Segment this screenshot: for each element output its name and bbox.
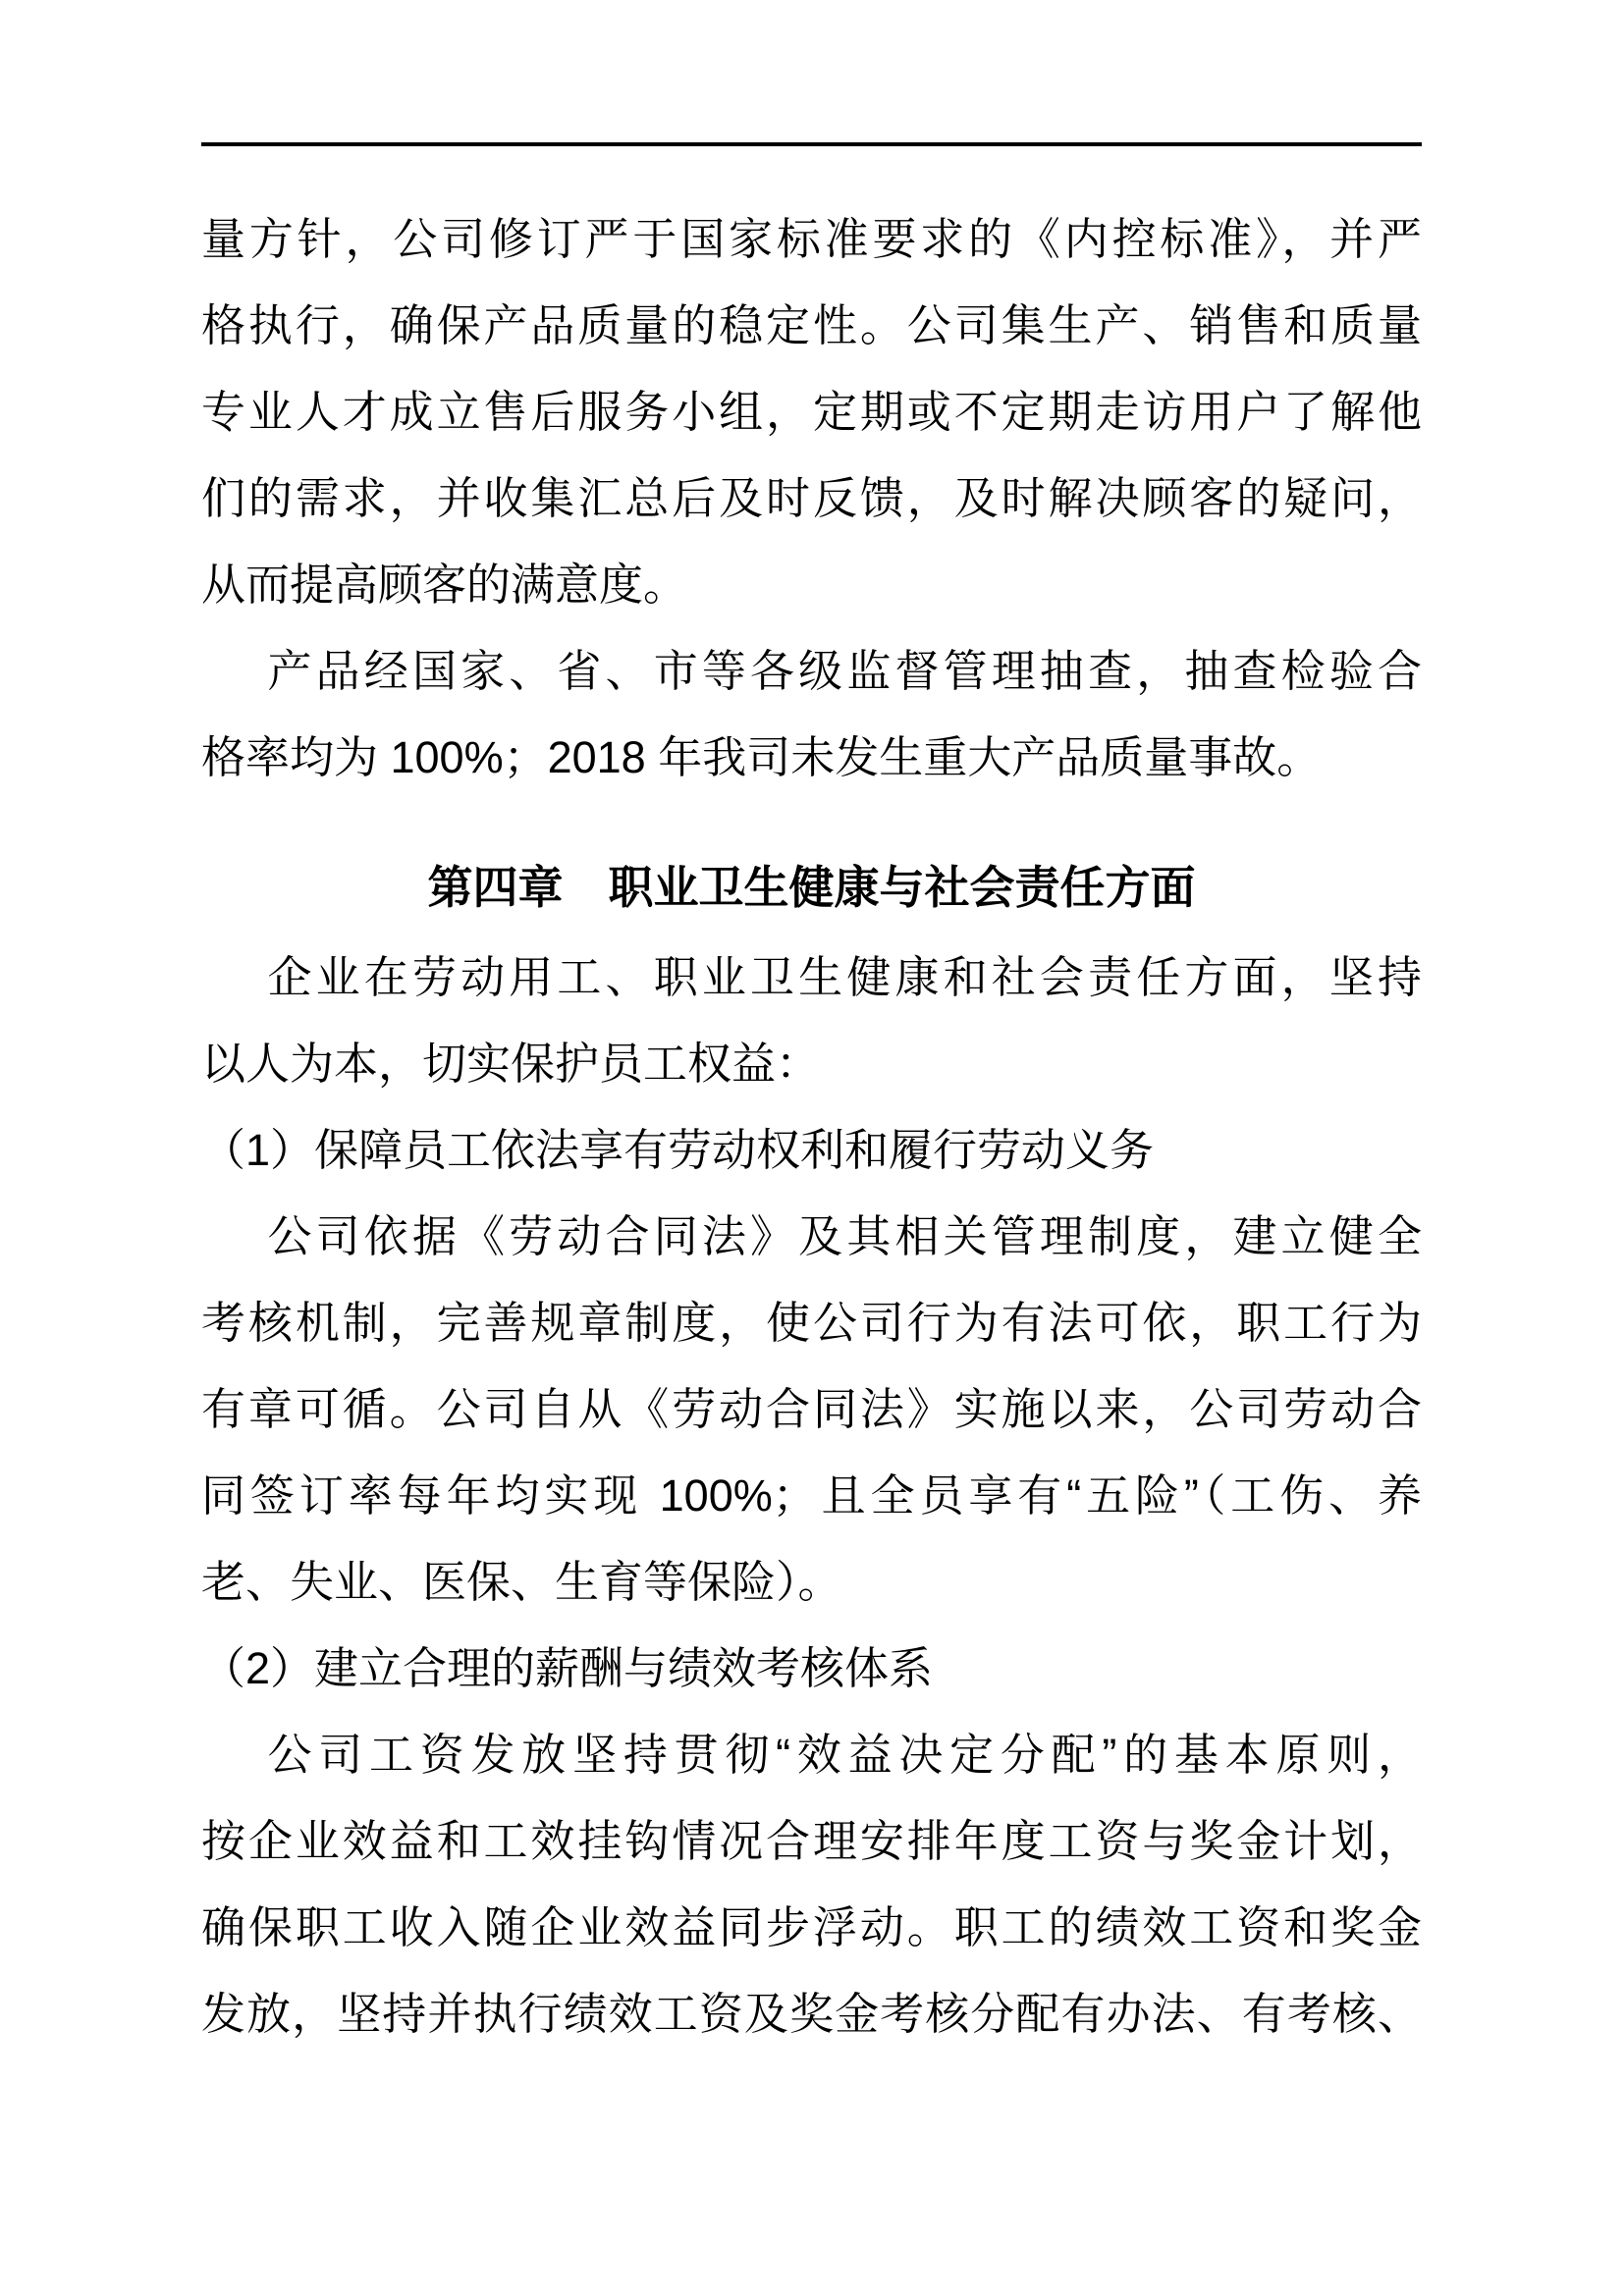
text-line: 按企业效益和工效挂钩情况合理安排年度工资与奖金计划， — [201, 1798, 1422, 1885]
text-line: 公司工资发放坚持贯彻“效益决定分配”的基本原则， — [201, 1712, 1422, 1798]
text-line: 企业在劳动用工、职业卫生健康和社会责任方面，坚持 — [201, 934, 1422, 1021]
text-line: 格执行，确保产品质量的稳定性。公司集生产、销售和质量 — [201, 283, 1422, 369]
paragraph: （1）保障员工依法享有劳动权利和履行劳动义务 — [201, 1107, 1422, 1194]
text-line: 产品经国家、省、市等各级监督管理抽查，抽查检验合 — [201, 628, 1422, 715]
text-line: 们的需求，并收集汇总后及时反馈，及时解决顾客的疑问， — [201, 455, 1422, 542]
document-page: 量方针，公司修订严于国家标准要求的《内控标准》，并严格执行，确保产品质量的稳定性… — [0, 0, 1624, 2296]
text-line: 发放，坚持并执行绩效工资及奖金考核分配有办法、有考核、 — [201, 1971, 1422, 2057]
text-line: 考核机制，完善规章制度，使公司行为有法可依，职工行为 — [201, 1280, 1422, 1366]
text-line: 公司依据《劳动合同法》及其相关管理制度，建立健全 — [201, 1194, 1422, 1280]
document-body: 量方针，公司修订严于国家标准要求的《内控标准》，并严格执行，确保产品质量的稳定性… — [201, 196, 1422, 2057]
paragraph: 量方针，公司修订严于国家标准要求的《内控标准》，并严格执行，确保产品质量的稳定性… — [201, 196, 1422, 628]
paragraph: 公司工资发放坚持贯彻“效益决定分配”的基本原则，按企业效益和工效挂钩情况合理安排… — [201, 1712, 1422, 2057]
text-line: 专业人才成立售后服务小组，定期或不定期走访用户了解他 — [201, 369, 1422, 455]
paragraph: 产品经国家、省、市等各级监督管理抽查，抽查检验合格率均为 100%；2018 年… — [201, 628, 1422, 801]
paragraph: 公司依据《劳动合同法》及其相关管理制度，建立健全考核机制，完善规章制度，使公司行… — [201, 1194, 1422, 1626]
text-line: 以人为本，切实保护员工权益： — [201, 1021, 1422, 1107]
text-line: 从而提高顾客的满意度。 — [201, 542, 1422, 628]
paragraph: 企业在劳动用工、职业卫生健康和社会责任方面，坚持以人为本，切实保护员工权益： — [201, 934, 1422, 1107]
text-line: 格率均为 100%；2018 年我司未发生重大产品质量事故。 — [201, 715, 1422, 801]
text-line: 有章可循。公司自从《劳动合同法》实施以来，公司劳动合 — [201, 1366, 1422, 1453]
text-line: 同签订率每年均实现 100%；且全员享有“五险”（工伤、养 — [201, 1453, 1422, 1539]
text-line: 老、失业、医保、生育等保险）。 — [201, 1539, 1422, 1626]
text-line: （2）建立合理的薪酬与绩效考核体系 — [201, 1626, 1422, 1712]
text-line: 量方针，公司修订严于国家标准要求的《内控标准》，并严 — [201, 196, 1422, 283]
chapter-heading: 第四章 职业卫生健康与社会责任方面 — [201, 844, 1422, 931]
page-header-rule — [201, 142, 1422, 146]
text-line: 确保职工收入随企业效益同步浮动。职工的绩效工资和奖金 — [201, 1885, 1422, 1971]
text-line: （1）保障员工依法享有劳动权利和履行劳动义务 — [201, 1107, 1422, 1194]
paragraph: （2）建立合理的薪酬与绩效考核体系 — [201, 1626, 1422, 1712]
